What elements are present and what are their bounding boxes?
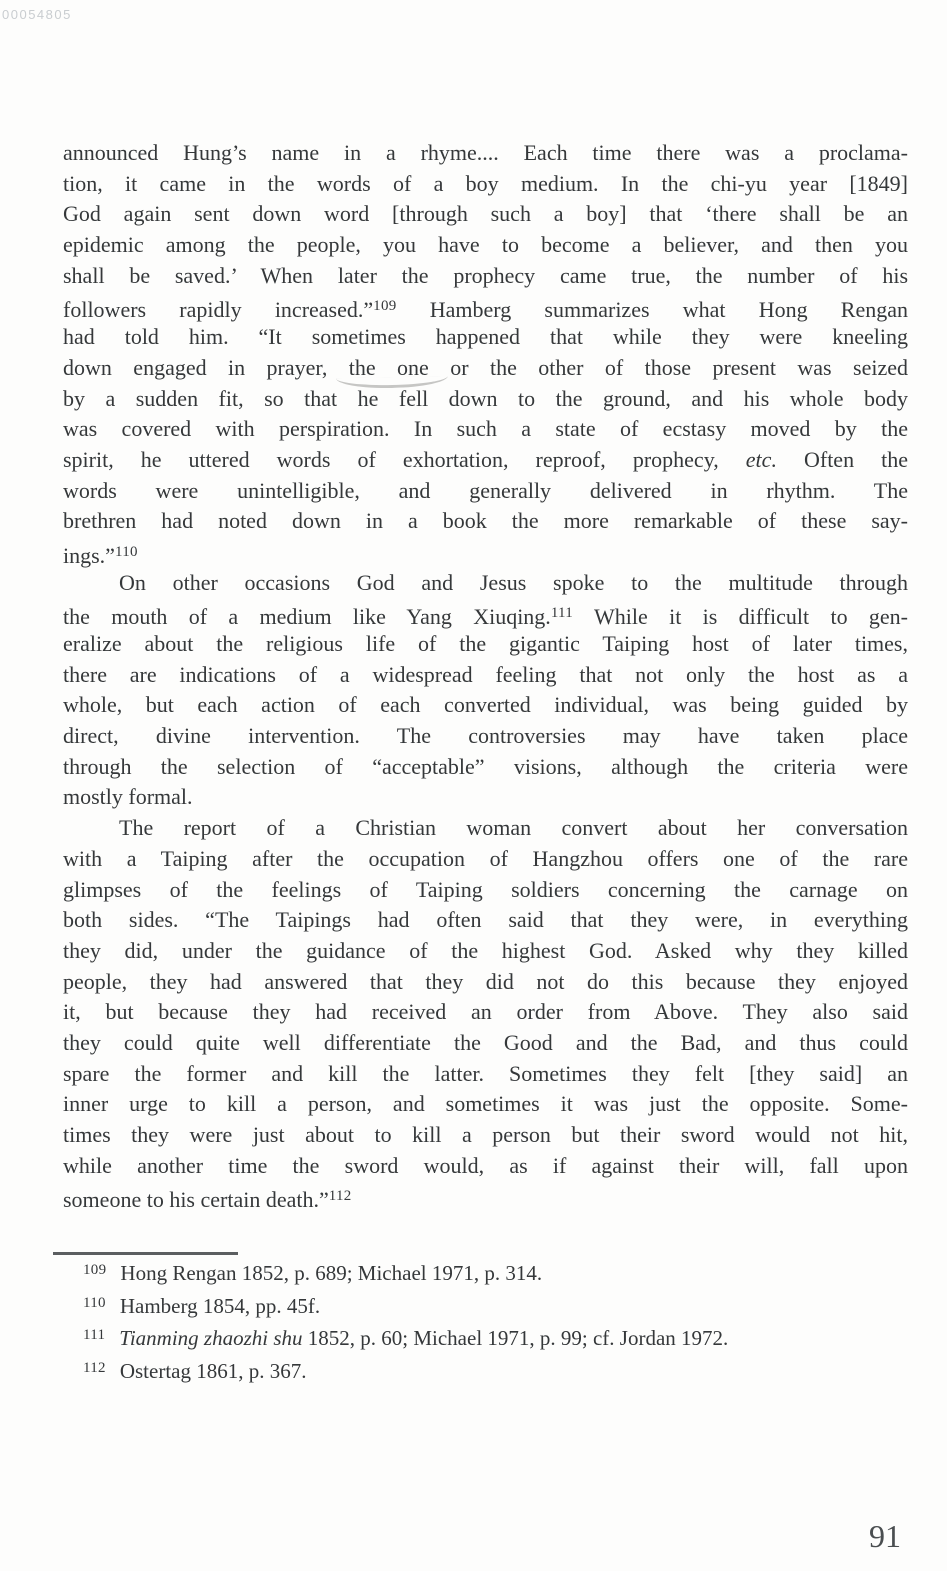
text-segment: had told him. “It sometimes happened tha…: [63, 324, 908, 349]
text-segment: spare the former and kill the latter. So…: [63, 1061, 908, 1086]
italic-text: Tianming zhaozhi shu: [119, 1326, 302, 1350]
text-segment: Ostertag 1861, p. 367.: [120, 1359, 307, 1383]
text-segment: The report of a Christian woman convert …: [119, 815, 908, 840]
text-line: inner urge to kill a person, and sometim…: [63, 1089, 908, 1120]
text-line: announced Hung’s name in a rhyme.... Eac…: [63, 138, 908, 169]
text-segment: someone to his certain death.”: [63, 1187, 329, 1212]
footnote: 109Hong Rengan 1852, p. 689; Michael 197…: [63, 1256, 908, 1289]
text-line: followers rapidly increased.”109 Hamberg…: [63, 291, 908, 322]
text-line: God again sent down word [through such a…: [63, 199, 908, 230]
text-segment: Hamberg summarizes what Hong Rengan: [397, 297, 908, 322]
text-line: by a sudden fit, so that he fell down to…: [63, 384, 908, 415]
scan-id-stamp: 00054805: [2, 7, 72, 22]
footnote-ref-superscript: 112: [329, 1188, 352, 1204]
text-segment: brethren had noted down in a book the mo…: [63, 508, 908, 533]
text-line: epidemic among the people, you have to b…: [63, 230, 908, 261]
text-segment: was covered with perspiration. In such a…: [63, 416, 908, 441]
text-line: they did, under the guidance of the high…: [63, 936, 908, 967]
text-segment: they could quite well differentiate the …: [63, 1030, 908, 1055]
text-segment: whole, but each action of each converted…: [63, 692, 908, 717]
text-line: through the selection of “acceptable” vi…: [63, 752, 908, 783]
text-line: they could quite well differentiate the …: [63, 1028, 908, 1059]
text-line: the mouth of a medium like Yang Xiuqing.…: [63, 598, 908, 629]
text-segment: with a Taiping after the occupation of H…: [63, 846, 908, 871]
footnote: 111Tianming zhaozhi shu 1852, p. 60; Mic…: [63, 1321, 908, 1354]
body-text: announced Hung’s name in a rhyme.... Eac…: [63, 138, 908, 1212]
text-segment: they did, under the guidance of the high…: [63, 938, 908, 963]
text-line: words were unintelligible, and generally…: [63, 476, 908, 507]
text-line: tion, it came in the words of a boy medi…: [63, 169, 908, 200]
text-segment: it, but because they had received an ord…: [63, 999, 908, 1024]
text-segment: Often the: [777, 447, 908, 472]
text-segment: tion, it came in the words of a boy medi…: [63, 171, 908, 196]
footnote-ref-superscript: 110: [115, 544, 138, 560]
text-segment: On other occasions God and Jesus spoke t…: [119, 570, 908, 595]
text-segment: God again sent down word [through such a…: [63, 201, 908, 226]
text-line: both sides. “The Taipings had often said…: [63, 905, 908, 936]
text-line: eralize about the religious life of the …: [63, 629, 908, 660]
footnote: 110Hamberg 1854, pp. 45f.: [63, 1289, 908, 1322]
text-segment: through the selection of “acceptable” vi…: [63, 754, 908, 779]
text-segment: glimpses of the feelings of Taiping sold…: [63, 877, 908, 902]
text-segment: spirit, he uttered words of exhortation,…: [63, 447, 746, 472]
text-line: ings.”110: [63, 537, 908, 568]
footnotes-block: 109Hong Rengan 1852, p. 689; Michael 197…: [63, 1256, 908, 1386]
footnote-number: 109: [83, 1262, 106, 1278]
text-segment: While it is difficult to gen-: [573, 604, 908, 629]
text-segment: epidemic among the people, you have to b…: [63, 232, 908, 257]
text-segment: people, they had answered that they did …: [63, 969, 908, 994]
footnote-ref-superscript: 111: [551, 605, 573, 621]
footnote-number: 111: [83, 1327, 105, 1343]
text-line: direct, divine intervention. The controv…: [63, 721, 908, 752]
text-segment: there are indications of a widespread fe…: [63, 662, 908, 687]
text-line: it, but because they had received an ord…: [63, 997, 908, 1028]
text-segment: both sides. “The Taipings had often said…: [63, 907, 908, 932]
text-line: glimpses of the feelings of Taiping sold…: [63, 875, 908, 906]
text-line: mostly formal.: [63, 782, 908, 813]
text-segment: while another time the sword would, as i…: [63, 1153, 908, 1178]
text-segment: direct, divine intervention. The controv…: [63, 723, 908, 748]
text-segment: by a sudden fit, so that he fell down to…: [63, 386, 908, 411]
text-segment: Hong Rengan 1852, p. 689; Michael 1971, …: [120, 1261, 542, 1285]
text-segment: the mouth of a medium like Yang Xiuqing.: [63, 604, 551, 629]
footnote-number: 110: [83, 1295, 106, 1311]
text-line: On other occasions God and Jesus spoke t…: [63, 568, 908, 599]
text-segment: words were unintelligible, and generally…: [63, 478, 908, 503]
text-line: spirit, he uttered words of exhortation,…: [63, 445, 908, 476]
text-segment: Hamberg 1854, pp. 45f.: [120, 1294, 320, 1318]
text-line: brethren had noted down in a book the mo…: [63, 506, 908, 537]
text-line: shall be saved.’ When later the prophecy…: [63, 261, 908, 292]
text-line: The report of a Christian woman convert …: [63, 813, 908, 844]
italic-text: etc.: [746, 447, 777, 472]
text-line: with a Taiping after the occupation of H…: [63, 844, 908, 875]
footnote-ref-superscript: 109: [373, 298, 396, 314]
text-line: down engaged in prayer, the one or the o…: [63, 353, 908, 384]
text-segment: 1852, p. 60; Michael 1971, p. 99; cf. Jo…: [303, 1326, 729, 1350]
text-line: was covered with perspiration. In such a…: [63, 414, 908, 445]
text-segment: followers rapidly increased.”: [63, 297, 373, 322]
text-line: there are indications of a widespread fe…: [63, 660, 908, 691]
text-line: someone to his certain death.”112: [63, 1181, 908, 1212]
text-segment: times they were just about to kill a per…: [63, 1122, 908, 1147]
footnote-separator-rule: [53, 1252, 238, 1255]
book-page: 00054805 announced Hung’s name in a rhym…: [0, 0, 947, 1571]
text-segment: ings.”: [63, 543, 115, 568]
footnote: 112Ostertag 1861, p. 367.: [63, 1354, 908, 1387]
text-line: times they were just about to kill a per…: [63, 1120, 908, 1151]
text-line: whole, but each action of each converted…: [63, 690, 908, 721]
text-segment: announced Hung’s name in a rhyme.... Eac…: [63, 140, 908, 165]
text-segment: mostly formal.: [63, 784, 193, 809]
text-segment: inner urge to kill a person, and sometim…: [63, 1091, 908, 1116]
text-segment: eralize about the religious life of the …: [63, 631, 908, 656]
page-number: 91: [869, 1518, 901, 1555]
footnote-number: 112: [83, 1360, 106, 1376]
text-line: spare the former and kill the latter. So…: [63, 1059, 908, 1090]
text-line: while another time the sword would, as i…: [63, 1151, 908, 1182]
text-line: people, they had answered that they did …: [63, 967, 908, 998]
text-line: had told him. “It sometimes happened tha…: [63, 322, 908, 353]
text-segment: shall be saved.’ When later the prophecy…: [63, 263, 908, 288]
text-segment: down engaged in prayer, the one or the o…: [63, 355, 908, 380]
